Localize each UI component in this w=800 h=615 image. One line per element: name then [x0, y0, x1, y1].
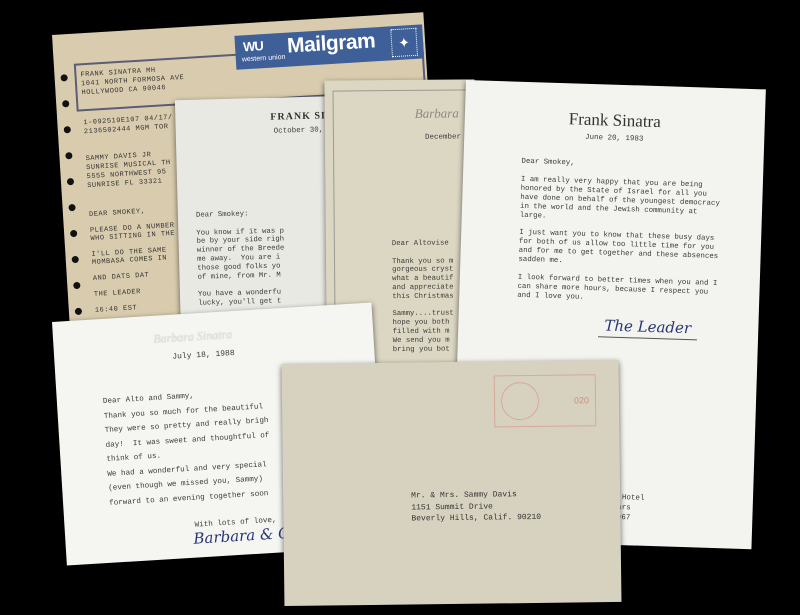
letter-body: Dear Smokey, I am really very happy that… — [517, 158, 757, 317]
postage-meter-stamp: 020 — [494, 374, 597, 427]
embossed-letterhead: Barbara Sinatra — [153, 327, 233, 347]
western-union-label: western union — [242, 54, 286, 64]
card-body: Dear Alto and Sammy, Thank you so much f… — [103, 385, 274, 511]
postage-amount: 020 — [574, 395, 589, 405]
letter-date: October 30, — [274, 126, 324, 135]
letterhead: Barbara — [415, 105, 459, 121]
envelope-address: Mr. & Mrs. Sammy Davis 1151 Summit Drive… — [411, 489, 541, 525]
mailgram-recipient: SAMMY DAVIS JR SUNRISE MUSICAL TH 5555 N… — [85, 150, 172, 191]
letter-body: Dear Altovise Thank you so m gorgeous cr… — [392, 240, 454, 355]
mailgram-message: DEAR SMOKEY, PLEASE DO A NUMBER WHO SITT… — [89, 206, 181, 331]
postmark-circle-icon — [501, 382, 539, 420]
paragraph: I am really very happy that you are bein… — [520, 176, 756, 228]
paragraph: I look forward to better times when you … — [517, 274, 753, 308]
usps-eagle-seal-icon: ✦ — [390, 28, 418, 58]
salutation: Dear Smokey, — [521, 158, 756, 174]
letter-date: December — [425, 133, 461, 141]
mailgram-routing: 1-092519E107 04/17/ 2136502444 MGM TOR — [83, 114, 173, 137]
mailgram-brand: Mailgram — [286, 29, 376, 58]
card-date: July 18, 1988 — [172, 349, 235, 362]
paragraph: I just want you to know that these busy … — [518, 229, 754, 272]
letterhead: FRANK SI — [270, 110, 326, 122]
tractor-feed-holes — [60, 74, 84, 334]
envelope: 020 Mr. & Mrs. Sammy Davis 1151 Summit D… — [282, 360, 622, 606]
signature: The Leader — [598, 316, 697, 340]
western-union-logo: WU — [243, 38, 264, 54]
